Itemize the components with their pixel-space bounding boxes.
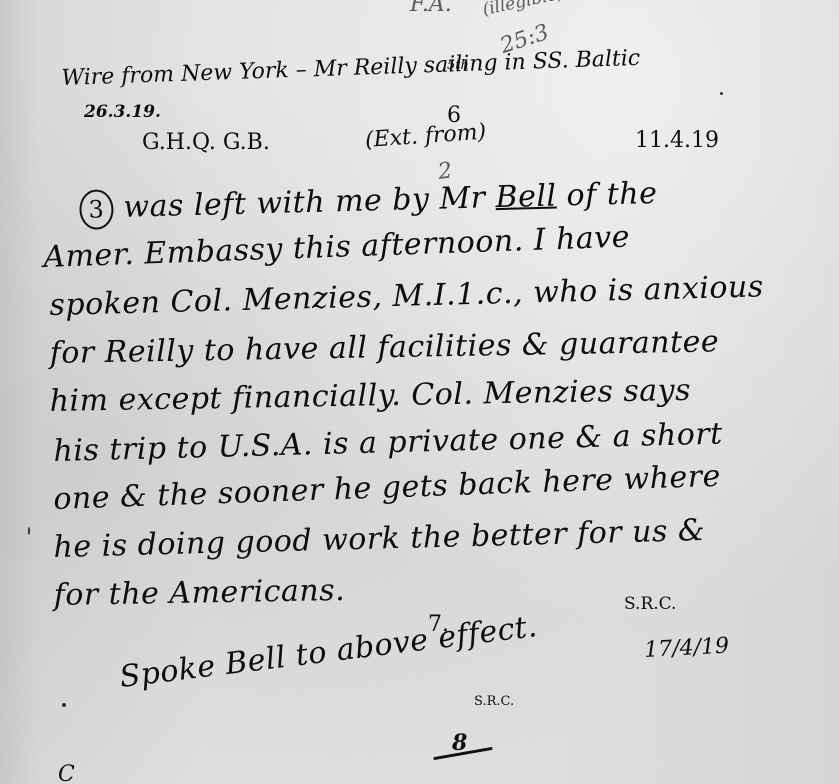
stray-mark [62,703,66,707]
sender-note: (Ext. from) [364,120,487,153]
body-line-1-text: was left with me by Mr Bell of the [123,176,658,225]
underlined-name-bell: Bell [495,179,557,216]
sender-date: 11.4.19 [635,128,719,153]
header-line: Wire from New York – Mr Reilly sailing i… [61,46,640,91]
entry-7-date: 17/4/19 [644,634,730,663]
bottom-fragment: C [58,762,75,784]
body-line-8: he is doing good work the better for us … [53,513,705,565]
body-line-7: one & the sooner he gets back here where [53,459,722,517]
body-line-5: him except financially. Col. Menzies say… [49,373,691,419]
stray-mark [720,92,723,95]
header-superscript: 5th [447,58,469,73]
entry-7-signature: S.R.C. [474,694,514,709]
header-text: Wire from New York – Mr Reilly sailing i… [61,46,640,91]
entry-7-text: Spoke Bell to above effect. [118,609,540,695]
sender-from: G.H.Q. G.B. [142,130,270,155]
annotation-scribble: (illegible) [481,0,566,20]
scanned-document-page: F.A. (illegible) 25:3 Wire from New York… [0,0,839,784]
annotation-initials: F.A. [410,0,452,17]
body-signature: S.R.C. [624,594,676,614]
body-line-3: spoken Col. Menzies, M.I.1.c., who is an… [49,269,764,323]
stray-mark [28,527,30,535]
item-marker-3: 3 [79,189,114,230]
body-line-9: for the Americans. [53,573,345,613]
header-date: 26.3.19. [84,102,161,122]
body-line-4: for Reilly to have all facilities & guar… [49,324,719,371]
